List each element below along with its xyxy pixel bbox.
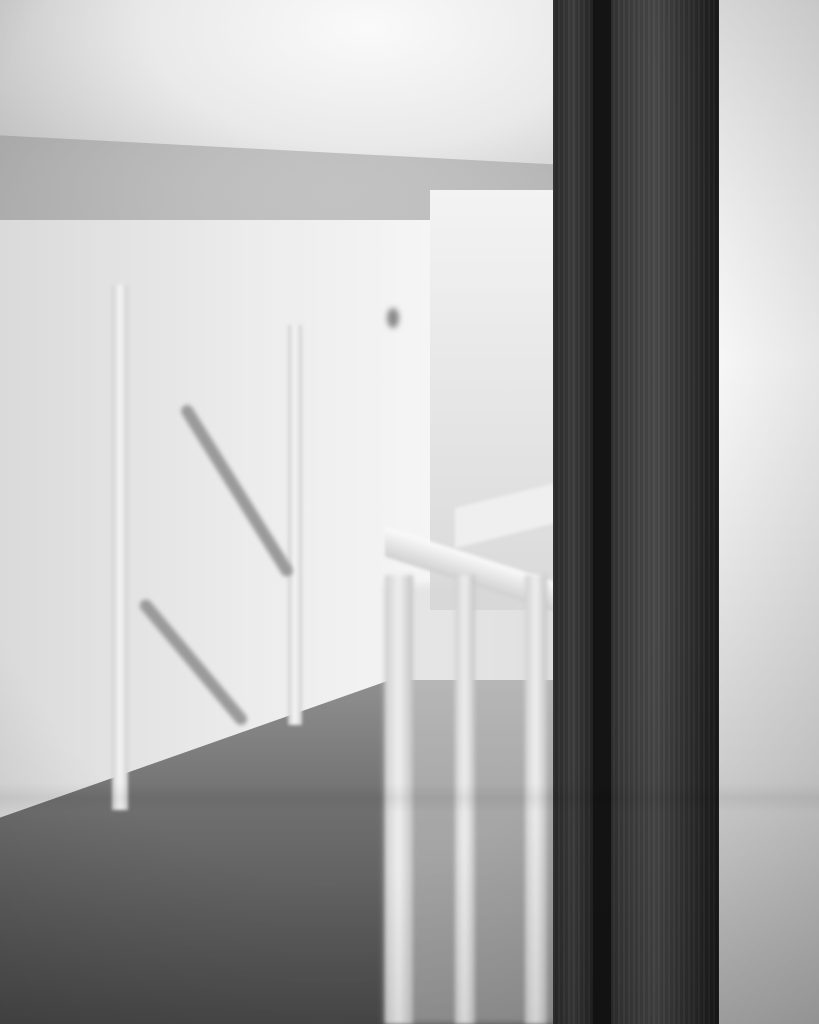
beam-edge-shadow bbox=[593, 0, 611, 1024]
door-brace-lower bbox=[137, 597, 249, 727]
wood-grain bbox=[553, 0, 719, 1024]
bright-window-strip bbox=[719, 0, 819, 1024]
door-post-left bbox=[112, 285, 128, 810]
stair-railing bbox=[385, 495, 560, 1024]
wall-fixture bbox=[387, 308, 399, 328]
photograph: Interior view past a dark wooden post to… bbox=[0, 0, 819, 1024]
film-edge-band bbox=[0, 783, 819, 813]
wooden-beam bbox=[553, 0, 719, 1024]
door-brace-upper bbox=[179, 403, 295, 579]
braced-door bbox=[112, 285, 302, 810]
door-post-right bbox=[288, 325, 302, 725]
